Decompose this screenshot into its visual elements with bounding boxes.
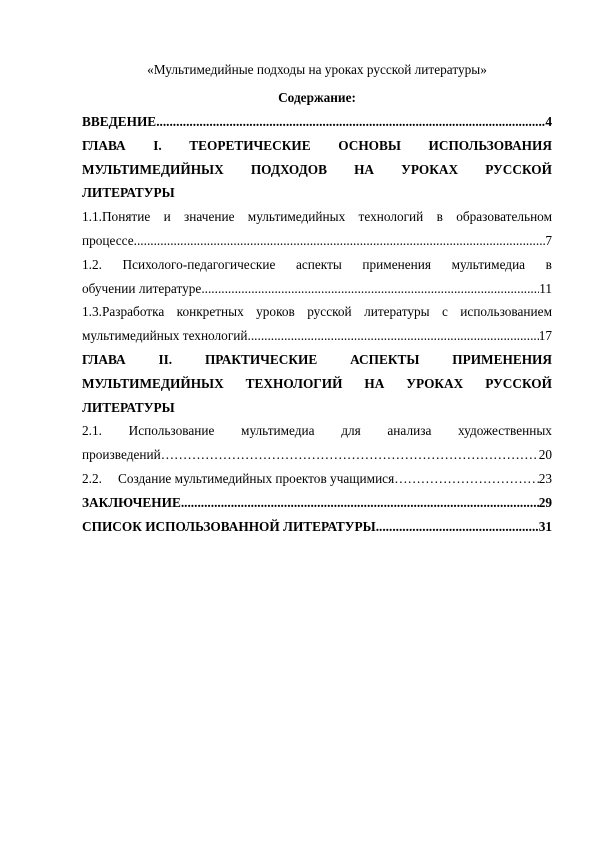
word: мультимедиа bbox=[241, 419, 315, 443]
dot-leader bbox=[248, 324, 539, 348]
toc-entry-label: обучении литературе bbox=[82, 277, 201, 301]
document-page: «Мультимедийные подходы на уроках русско… bbox=[82, 58, 552, 538]
word: образовательном bbox=[456, 205, 552, 229]
toc-entry-page: 17 bbox=[539, 324, 552, 348]
section-number: 1.2. bbox=[82, 253, 102, 277]
section-number: 1.3. bbox=[82, 300, 102, 324]
word: ПРАКТИЧЕСКИЕ bbox=[205, 348, 317, 372]
section-2-1-line-2: произведений 20 bbox=[82, 443, 552, 467]
section-number: 2.2. bbox=[82, 467, 118, 491]
toc-entry-section-1-3[interactable]: 1.3.Разработка конкретных уроков русской… bbox=[82, 300, 552, 348]
dot-leader bbox=[201, 277, 539, 301]
word: Разработка bbox=[102, 304, 164, 319]
word: II. bbox=[158, 348, 172, 372]
word: мультимедиа bbox=[452, 253, 526, 277]
word: МУЛЬТИМЕДИЙНЫХ bbox=[82, 372, 224, 396]
section-1-1-line-1: 1.1.Понятие и значение мультимедийных те… bbox=[82, 205, 552, 229]
toc-entry-page: 7 bbox=[545, 229, 552, 253]
toc-entry-section-1-1[interactable]: 1.1.Понятие и значение мультимедийных те… bbox=[82, 205, 552, 253]
toc-entry-section-2-2[interactable]: 2.2.Создание мультимедийных проектов уча… bbox=[82, 467, 552, 491]
word: литературы bbox=[364, 300, 430, 324]
word: художественных bbox=[458, 419, 552, 443]
word: в bbox=[437, 205, 443, 229]
section-1-2-line-2: обучении литературе 11 bbox=[82, 277, 552, 301]
word: УРОКАХ bbox=[401, 158, 458, 182]
toc-entry-label: СПИСОК ИСПОЛЬЗОВАННОЙ ЛИТЕРАТУРЫ bbox=[82, 515, 376, 539]
section-number-and-word: 1.1.Понятие bbox=[82, 205, 150, 229]
word: значение bbox=[184, 205, 234, 229]
toc-entry-references[interactable]: СПИСОК ИСПОЛЬЗОВАННОЙ ЛИТЕРАТУРЫ 31 bbox=[82, 515, 552, 539]
toc-entry-page: 31 bbox=[539, 515, 552, 539]
toc-heading: Содержание: bbox=[82, 86, 552, 110]
chapter-2-line-2: МУЛЬТИМЕДИЙНЫХ ТЕХНОЛОГИЙ НА УРОКАХ РУСС… bbox=[82, 372, 552, 396]
toc-entry-page: 20 bbox=[539, 443, 552, 467]
section-2-1-line-1: 2.1. Использование мультимедиа для анали… bbox=[82, 419, 552, 443]
word: РУССКОЙ bbox=[485, 372, 552, 396]
word: ИСПОЛЬЗОВАНИЯ bbox=[429, 134, 552, 158]
word: использованием bbox=[460, 300, 552, 324]
word: в bbox=[546, 253, 552, 277]
dot-leader bbox=[156, 110, 545, 134]
word: АСПЕКТЫ bbox=[350, 348, 419, 372]
word: Понятие bbox=[102, 209, 150, 224]
chapter-1-line-3: ЛИТЕРАТУРЫ bbox=[82, 181, 552, 205]
word: и bbox=[164, 205, 171, 229]
word: I. bbox=[153, 134, 162, 158]
document-title: «Мультимедийные подходы на уроках русско… bbox=[82, 58, 552, 82]
word: ТЕХНОЛОГИЙ bbox=[246, 372, 343, 396]
chapter-1-line-2: МУЛЬТИМЕДИЙНЫХ ПОДХОДОВ НА УРОКАХ РУССКО… bbox=[82, 158, 552, 182]
toc-entry-page: 23 bbox=[539, 467, 552, 491]
toc-entry-label: мультимедийных технологий bbox=[82, 324, 248, 348]
toc-entry-page: 29 bbox=[539, 491, 552, 515]
section-number: 1.1. bbox=[82, 205, 102, 229]
word: ТЕОРЕТИЧЕСКИЕ bbox=[189, 134, 310, 158]
word: ПОДХОДОВ bbox=[251, 158, 327, 182]
toc-entry-label: ЗАКЛЮЧЕНИЕ bbox=[82, 491, 181, 515]
word: конкретных bbox=[177, 300, 244, 324]
toc-entry-label: произведений bbox=[82, 443, 161, 467]
section-1-2-line-1: 1.2. Психолого-педагогические аспекты пр… bbox=[82, 253, 552, 277]
chapter-2-line-1: ГЛАВА II. ПРАКТИЧЕСКИЕ АСПЕКТЫ ПРИМЕНЕНИ… bbox=[82, 348, 552, 372]
word: МУЛЬТИМЕДИЙНЫХ bbox=[82, 158, 224, 182]
word: уроков bbox=[256, 300, 295, 324]
dot-leader bbox=[161, 443, 539, 467]
word: с bbox=[442, 300, 448, 324]
dot-leader bbox=[134, 229, 546, 253]
toc-entry-label: 2.2.Создание мультимедийных проектов уча… bbox=[82, 467, 394, 491]
toc-entry-page: 4 bbox=[545, 110, 552, 134]
toc-entry-page: 11 bbox=[539, 277, 552, 301]
dot-leader bbox=[181, 491, 539, 515]
word: мультимедийных bbox=[248, 205, 345, 229]
word: применения bbox=[362, 253, 431, 277]
dot-leader bbox=[376, 515, 539, 539]
section-title: Создание мультимедийных проектов учащими… bbox=[118, 471, 394, 486]
section-number: 2.1. bbox=[82, 419, 102, 443]
word: русской bbox=[307, 300, 351, 324]
word: ПРИМЕНЕНИЯ bbox=[452, 348, 552, 372]
word: Психолого-педагогические bbox=[123, 253, 276, 277]
word: НА bbox=[354, 158, 374, 182]
word: РУССКОЙ bbox=[485, 158, 552, 182]
toc-entry-chapter-1[interactable]: ГЛАВА I. ТЕОРЕТИЧЕСКИЕ ОСНОВЫ ИСПОЛЬЗОВА… bbox=[82, 134, 552, 205]
toc-entry-chapter-2[interactable]: ГЛАВА II. ПРАКТИЧЕСКИЕ АСПЕКТЫ ПРИМЕНЕНИ… bbox=[82, 348, 552, 419]
word: ГЛАВА bbox=[82, 348, 126, 372]
section-number-and-word: 1.3.Разработка bbox=[82, 300, 164, 324]
chapter-1-line-1: ГЛАВА I. ТЕОРЕТИЧЕСКИЕ ОСНОВЫ ИСПОЛЬЗОВА… bbox=[82, 134, 552, 158]
word: Использование bbox=[129, 419, 215, 443]
word: аспекты bbox=[296, 253, 342, 277]
word: технологий bbox=[359, 205, 424, 229]
toc-entry-section-2-1[interactable]: 2.1. Использование мультимедиа для анали… bbox=[82, 419, 552, 467]
word: для bbox=[341, 419, 361, 443]
section-1-1-line-2: процессе 7 bbox=[82, 229, 552, 253]
section-1-3-line-1: 1.3.Разработка конкретных уроков русской… bbox=[82, 300, 552, 324]
toc-entry-label: ВВЕДЕНИЕ bbox=[82, 110, 156, 134]
word: УРОКАХ bbox=[406, 372, 463, 396]
word: ГЛАВА bbox=[82, 134, 126, 158]
toc-entry-conclusion[interactable]: ЗАКЛЮЧЕНИЕ 29 bbox=[82, 491, 552, 515]
toc-entry-section-1-2[interactable]: 1.2. Психолого-педагогические аспекты пр… bbox=[82, 253, 552, 301]
word: НА bbox=[364, 372, 384, 396]
word: ОСНОВЫ bbox=[338, 134, 401, 158]
toc-entry-label: процессе bbox=[82, 229, 134, 253]
dot-leader bbox=[394, 467, 539, 491]
section-1-3-line-2: мультимедийных технологий 17 bbox=[82, 324, 552, 348]
chapter-2-line-3: ЛИТЕРАТУРЫ bbox=[82, 396, 552, 420]
toc-entry-introduction[interactable]: ВВЕДЕНИЕ 4 bbox=[82, 110, 552, 134]
word: анализа bbox=[387, 419, 431, 443]
